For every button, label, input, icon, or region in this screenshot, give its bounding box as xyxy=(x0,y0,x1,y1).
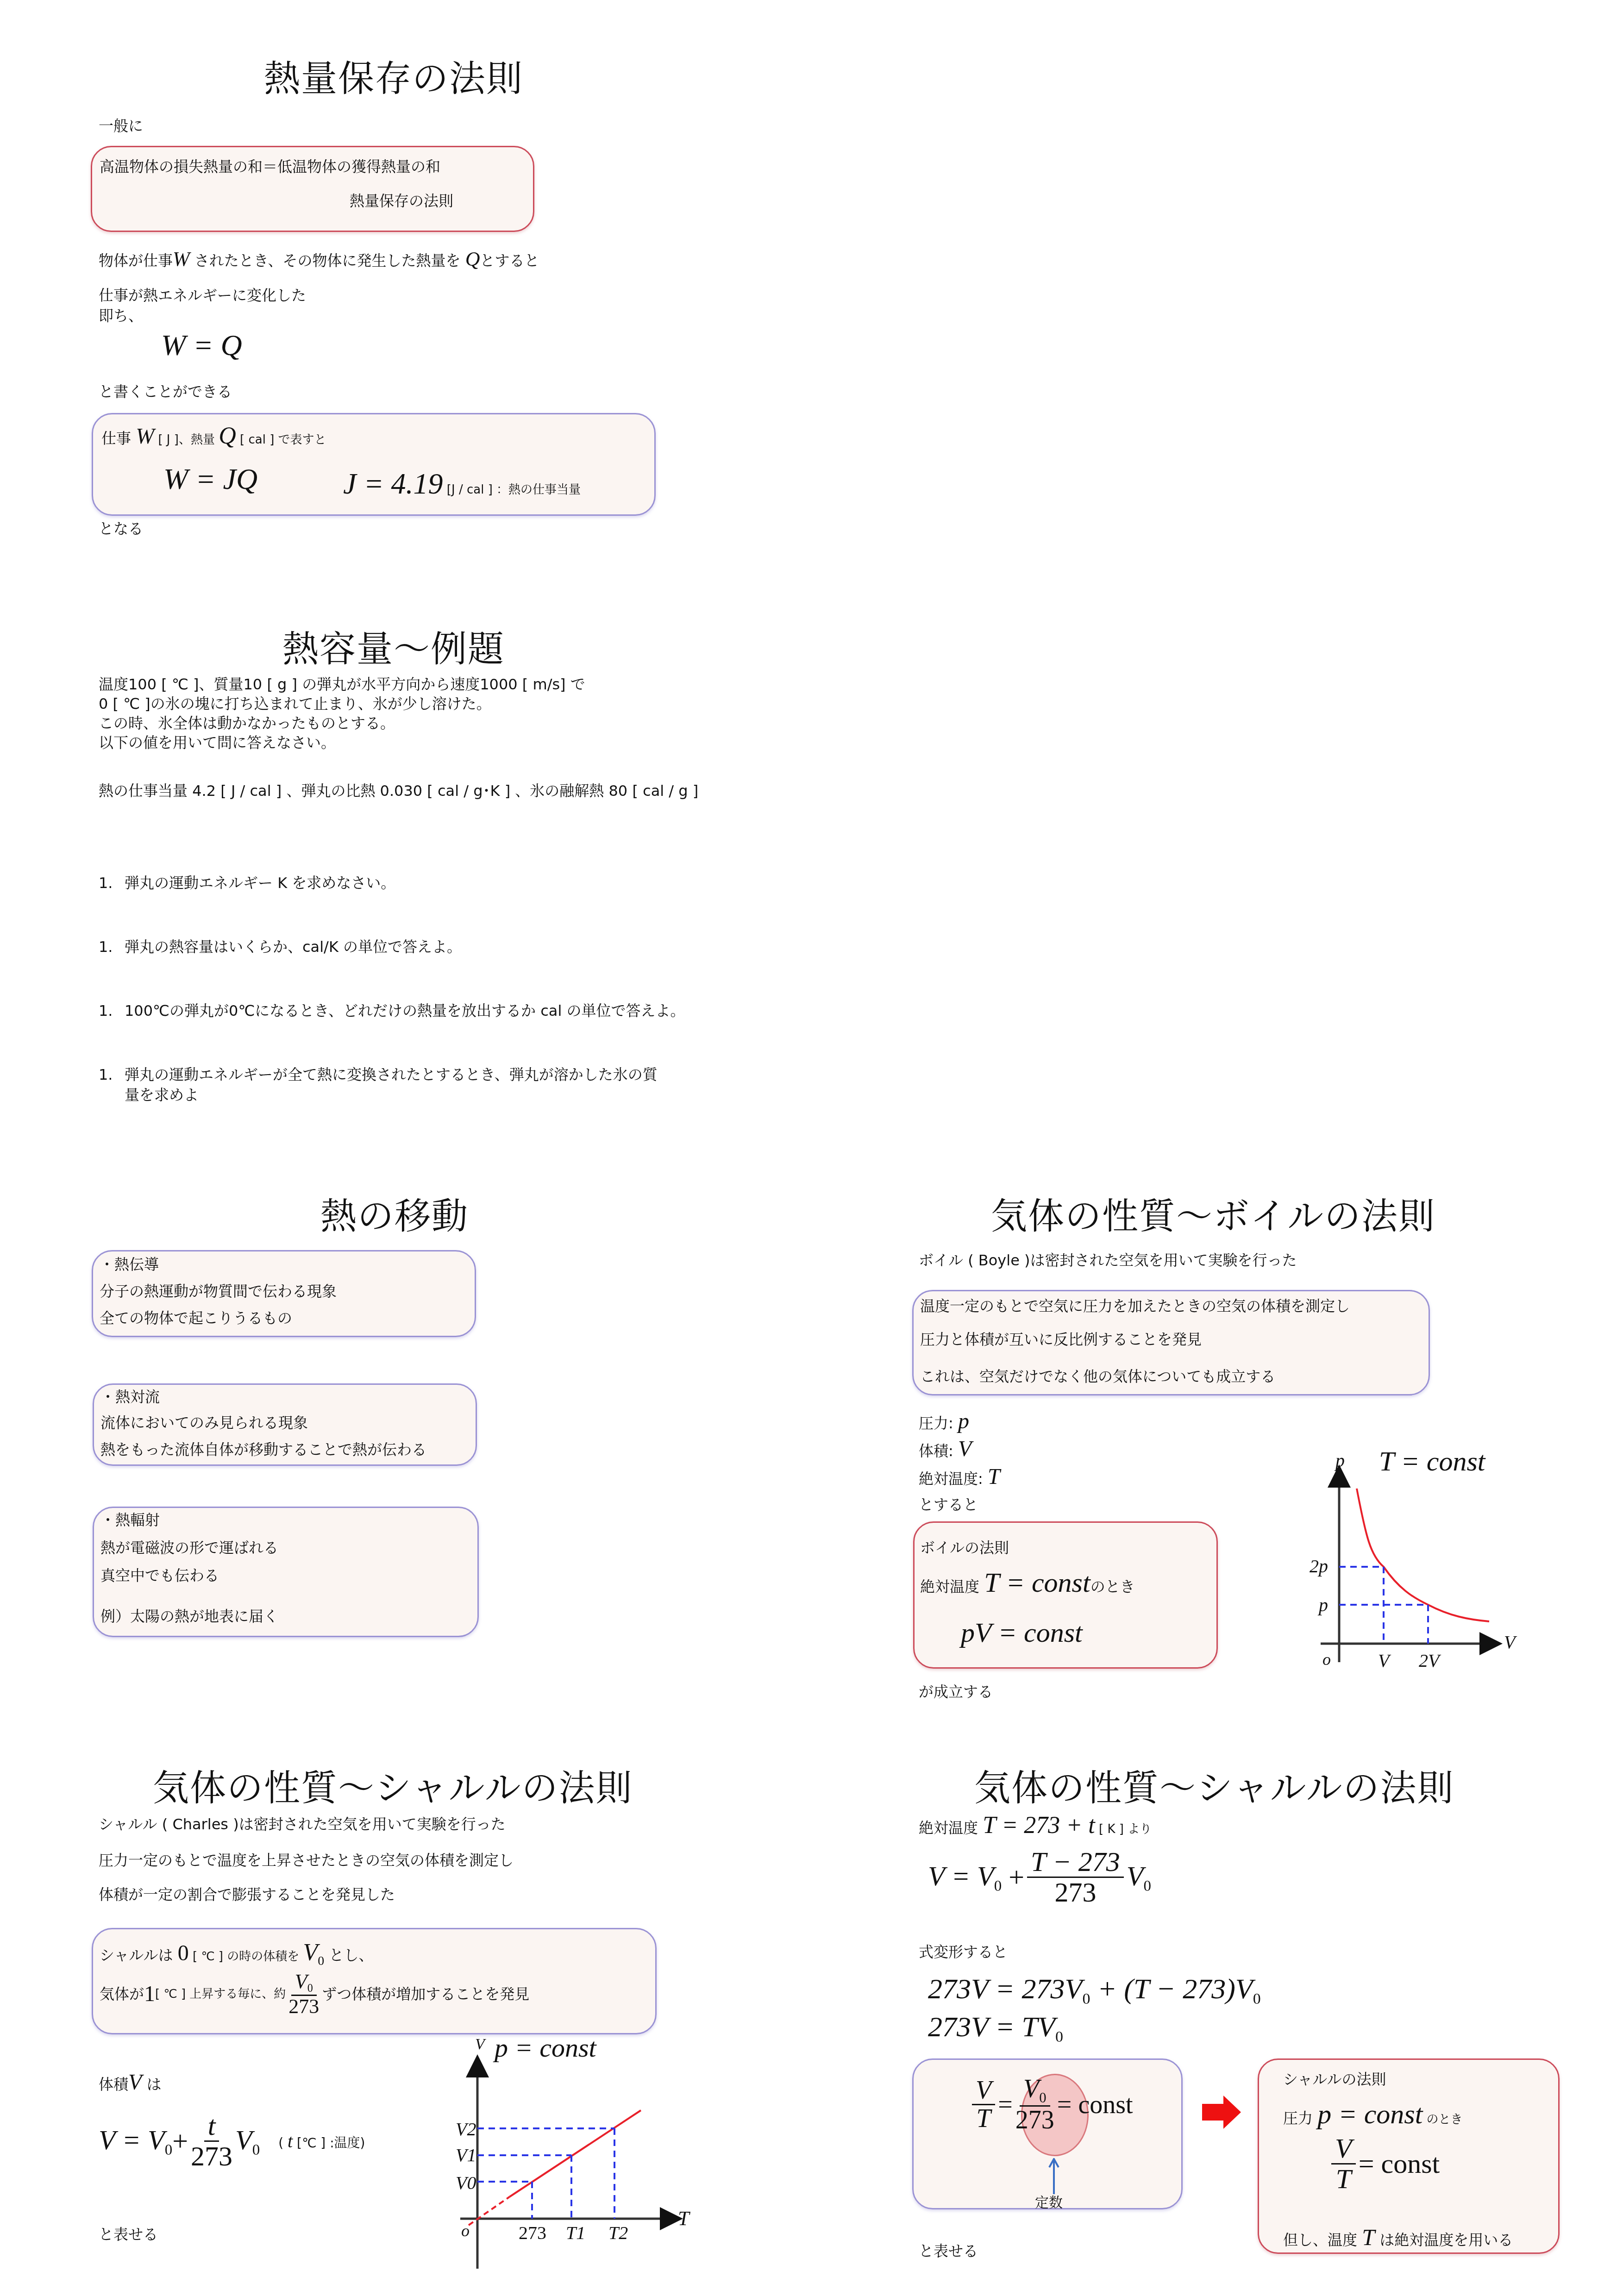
box-line: 熱をもった流体自体が移動することで熱が伝わる xyxy=(100,1440,426,1459)
law-caption: 熱量保存の法則 xyxy=(350,192,453,210)
convection-box: ・熱対流 流体においてのみ見られる現象 熱をもった流体自体が移動することで熱が伝… xyxy=(93,1383,477,1466)
box-heading: ・熱輻射 xyxy=(100,1511,160,1529)
box-heading: ・熱伝導 xyxy=(100,1255,159,1274)
law-condition: 圧力 p = const のとき xyxy=(1283,2097,1463,2132)
law-heading: シャルルの法則 xyxy=(1283,2070,1386,2089)
holds-text: が成立する xyxy=(919,1683,993,1701)
boyle-equation: pV = const xyxy=(961,1615,1083,1650)
charles-line: 体積が一定の割合で膨張することを発見した xyxy=(99,1885,395,1904)
then-text: とすると xyxy=(919,1495,978,1514)
y-axis-label: p xyxy=(1334,1450,1345,1471)
naru-text: となる xyxy=(99,519,143,538)
box-line: 気体が 1 [ ℃ ] 上昇する毎に、約 V0 273 ずつ体積が増加することを… xyxy=(100,1971,529,2017)
up-arrow-icon xyxy=(1047,2158,1061,2195)
x-tick-t2: T2 xyxy=(608,2222,628,2243)
x-tick-v: V xyxy=(1378,1650,1391,1671)
equation-transformed-2: 273V = TV0 xyxy=(928,2009,1063,2047)
x-tick-2v: 2V xyxy=(1419,1650,1441,1671)
chart-title: T = const xyxy=(1379,1446,1486,1476)
joule-constant: J = 4.19 [J / cal ] ：熱の仕事当量 xyxy=(343,465,581,502)
problem-line: 以下の値を用いて問に答えなさい。 xyxy=(99,733,336,752)
box-line: シャルルは 0 [ ℃ ] の時の体積を V0 とし、 xyxy=(100,1938,374,1969)
box-line: これは、空気だけでなく他の気体についても成立する xyxy=(920,1367,1275,1386)
conduction-box: ・熱伝導 分子の熱運動が物質間で伝わる現象 全ての物体で起こりうるもの xyxy=(92,1250,476,1337)
abs-temp-line: 絶対温度 T = 273 + t [ K ] より xyxy=(919,1810,1152,1840)
constant-label: 定数 xyxy=(1035,2194,1063,2212)
ratio-equation: VT = V0273 = const xyxy=(969,2076,1133,2134)
charles-vt-chart: p = const V T o V0 V1 V2 273 T1 T2 xyxy=(440,2014,718,2296)
question-item: 1.弾丸の運動エネルギー K を求めなさい。 xyxy=(99,871,395,893)
box-line: 全ての物体で起こりうるもの xyxy=(100,1309,292,1327)
slide-title: 気体の性質～シャルルの法則 xyxy=(974,1759,1454,1811)
y-tick-v0: V0 xyxy=(456,2172,476,2193)
converted-text: 仕事が熱エネルギーに変化した xyxy=(99,286,306,305)
y-tick-v2: V2 xyxy=(456,2119,476,2140)
box-line: 温度一定のもとで空気に圧力を加えたときの空気の体積を測定し xyxy=(920,1297,1350,1315)
ratio-box: VT = V0273 = const 定数 xyxy=(912,2058,1183,2209)
origin-label: o xyxy=(461,2221,470,2240)
boyle-intro: ボイル ( Boyle )は密封された空気を用いて実験を行った xyxy=(919,1251,1297,1270)
box-line: 真空中でも伝わる xyxy=(100,1566,219,1585)
fraction-v0-273: V0 273 xyxy=(288,1971,319,2017)
problem-line: 0 [ ℃ ]の氷の塊に打ち込まれて止まり、氷が少し溶けた。 xyxy=(99,694,491,713)
box-line: 例）太陽の熱が地表に届く xyxy=(100,1607,278,1626)
equation-w-jq: W = JQ xyxy=(163,461,257,498)
x-axis-label: V xyxy=(1504,1632,1517,1652)
boyle-discovery-box: 温度一定のもとで空気に圧力を加えたときの空気の体積を測定し 圧力と体積が互いに反… xyxy=(912,1290,1430,1395)
box-line: 流体においてのみ見られる現象 xyxy=(100,1414,308,1432)
charles-equation: V = V0 + t 273 V0 ( t [℃ ] :温度) xyxy=(99,2111,365,2171)
law-heading: ボイルの法則 xyxy=(920,1539,1009,1557)
x-tick-t1: T1 xyxy=(566,2222,585,2243)
charles-line: 圧力一定のもとで温度を上昇させたときの空気の体積を測定し xyxy=(99,1851,514,1870)
radiation-box: ・熱輻射 熱が電磁波の形で運ばれる 真空中でも伝わる 例）太陽の熱が地表に届く xyxy=(93,1507,479,1637)
var-volume: 体積: V xyxy=(919,1435,971,1463)
question-item: 1.弾丸の熱容量はいくらか、cal/K の単位で答えよ。 xyxy=(99,935,462,957)
y-tick-p: p xyxy=(1317,1595,1328,1615)
transform-text: 式変形すると xyxy=(919,1943,1008,1961)
y-tick-v1: V1 xyxy=(456,2145,476,2165)
intro-text: 一般に xyxy=(99,117,143,135)
charles-law-equation: VT = const xyxy=(1328,2134,1440,2194)
work-sentence: 物体が仕事W されたとき、その物体に発生した熱量を Qとすると xyxy=(99,246,539,272)
question-item: 1.弾丸の運動エネルギーが全て熱に変換されたとするとき、弾丸が溶かした氷の質 xyxy=(99,1063,658,1084)
can-write-text: と書くことができる xyxy=(99,382,232,401)
constants-line: 熱の仕事当量 4.2 [ J / cal ] 、弾丸の比熱 0.030 [ ca… xyxy=(99,782,698,800)
conservation-law-box: 高温物体の損失熱量の和＝低温物体の獲得熱量の和 熱量保存の法則 xyxy=(91,146,534,232)
question-item-continued: 量を求めよ xyxy=(125,1083,199,1105)
law-condition: 絶対温度 T = constのとき xyxy=(920,1565,1135,1600)
slide-title: 気体の性質～シャルルの法則 xyxy=(153,1759,633,1811)
equation-note: ( t [℃ ] :温度) xyxy=(278,2130,365,2153)
charles-equation-kelvin: V = V0 + T − 273 273 V0 xyxy=(928,1847,1151,1907)
problem-line: 温度100 [ ℃ ]、質量10 [ g ] の弾丸が水平方向から速度1000 … xyxy=(99,675,585,694)
sunawachi-text: 即ち、 xyxy=(99,307,143,325)
x-tick-273: 273 xyxy=(519,2222,546,2243)
joule-box: 仕事 W [ J ]、熱量 Q [ cal ] で表すと W = JQ J = … xyxy=(92,413,656,516)
y-axis-label: V xyxy=(475,2036,487,2053)
slide-title: 熱容量～例題 xyxy=(282,620,505,672)
slide-title: 熱量保存の法則 xyxy=(264,50,523,102)
equation-w-q: W = Q xyxy=(161,327,242,364)
joule-units-line: 仕事 W [ J ]、熱量 Q [ cal ] で表すと xyxy=(101,421,326,451)
right-arrow-icon xyxy=(1202,2096,1241,2129)
x-axis-label: T xyxy=(678,2207,691,2230)
slide-title: 熱の移動 xyxy=(320,1188,469,1239)
box-heading: ・熱対流 xyxy=(100,1388,160,1406)
charles-line: シャルル ( Charles )は密封された空気を用いて実験を行った xyxy=(99,1815,506,1833)
chart-title: p = const xyxy=(493,2033,597,2063)
var-temperature: 絶対温度: T xyxy=(919,1463,1000,1491)
law-note: 但し、温度 T は絶対温度を用いる xyxy=(1283,2223,1513,2252)
problem-line: この時、氷全体は動かなかったものとする。 xyxy=(99,714,395,732)
y-tick-2p: 2p xyxy=(1310,1556,1328,1577)
box-line: 熱が電磁波の形で運ばれる xyxy=(100,1539,278,1557)
expressible-text: と表せる xyxy=(99,2225,158,2244)
box-line: 圧力と体積が互いに反比例することを発見 xyxy=(920,1330,1202,1349)
slide-title: 気体の性質～ボイルの法則 xyxy=(991,1188,1435,1239)
expressible-text: と表せる xyxy=(919,2242,978,2260)
charles-law-box: シャルルの法則 圧力 p = const のとき VT = const 但し、温… xyxy=(1258,2058,1560,2254)
origin-label: o xyxy=(1322,1650,1331,1669)
var-pressure: 圧力: p xyxy=(919,1408,969,1435)
volume-label: 体積V は xyxy=(99,2069,162,2096)
box-line: 分子の熱運動が物質間で伝わる現象 xyxy=(100,1282,337,1301)
question-item: 1.100℃の弾丸が0℃になるとき、どれだけの熱量を放出するか cal の単位で… xyxy=(99,999,685,1020)
law-statement: 高温物体の損失熱量の和＝低温物体の獲得熱量の和 xyxy=(100,157,440,176)
boyle-law-box: ボイルの法則 絶対温度 T = constのとき pV = const xyxy=(913,1521,1218,1669)
boyle-pv-chart: T = const p V o 2p p V 2V xyxy=(1297,1426,1574,1685)
equation-transformed-1: 273V = 273V0 + (T − 273)V0 xyxy=(928,1971,1261,2009)
